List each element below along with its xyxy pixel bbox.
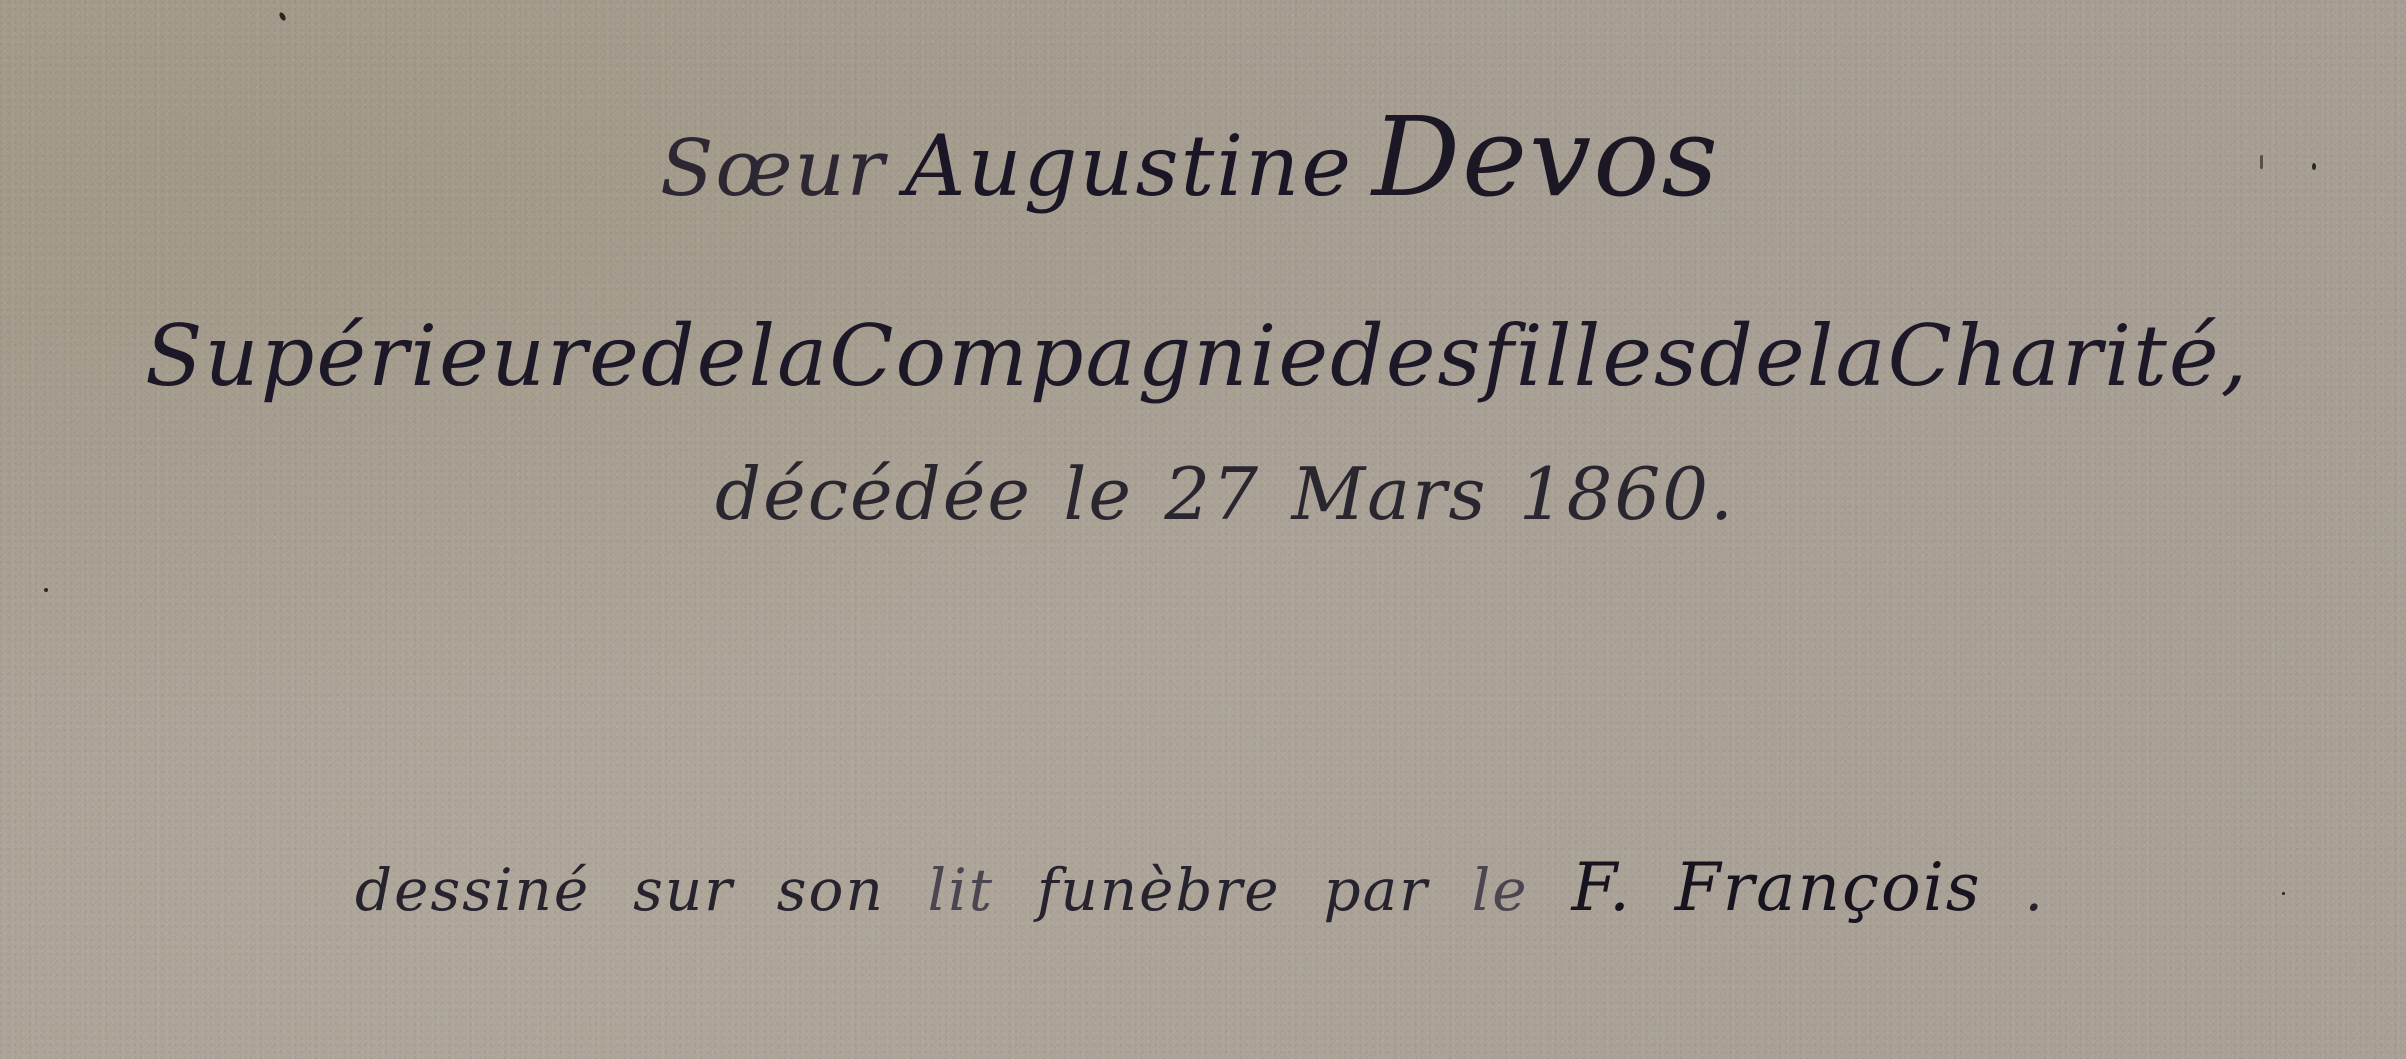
word-des: des: [1330, 296, 1483, 416]
word-month: Mars: [1291, 446, 1487, 542]
word-le: le: [1472, 848, 1529, 932]
word-charite: Charité,: [1888, 296, 2250, 416]
word-lit: lit: [928, 848, 994, 932]
heading-name: Sœur Augustine Devos: [660, 92, 1720, 234]
date-line: décédée le 27 Mars 1860.: [715, 446, 1735, 542]
word-augustine: Augustine: [905, 101, 1353, 231]
word-funebre: funèbre: [1037, 848, 1281, 932]
word-soeur: Sœur: [660, 104, 886, 234]
word-decedee: décédée: [715, 446, 1032, 542]
word-filles: filles: [1483, 296, 1700, 416]
paper-speck: [2312, 163, 2316, 170]
word-dessine: dessiné: [355, 848, 590, 932]
word-superieure: Supérieure: [145, 296, 641, 416]
word-par: par: [1323, 848, 1428, 932]
word-francois: François: [1675, 846, 1982, 930]
word-devos: Devos: [1372, 92, 1720, 222]
word-de: de: [641, 296, 748, 416]
credit-line: dessiné sur son lit funèbre par le F. Fr…: [355, 846, 2045, 932]
word-la: la: [1807, 296, 1888, 416]
paper-speck: [2282, 892, 2285, 895]
word-year: 1860.: [1519, 446, 1735, 542]
word-compagnie: Compagnie: [829, 296, 1330, 416]
word-la: la: [748, 296, 829, 416]
paper-speck: [278, 11, 287, 21]
word-sur: sur: [633, 848, 734, 932]
paper-speck: [44, 588, 48, 592]
word-son: son: [777, 848, 885, 932]
word-de: de: [1699, 296, 1806, 416]
word-le: le: [1063, 446, 1133, 542]
word-final-period: .: [2025, 848, 2045, 932]
word-f-initial: F.: [1571, 846, 1632, 930]
paper-speck: [2260, 155, 2263, 169]
title-line: Supérieure de la Compagnie des filles de…: [145, 296, 2245, 416]
word-day: 27: [1164, 446, 1260, 542]
